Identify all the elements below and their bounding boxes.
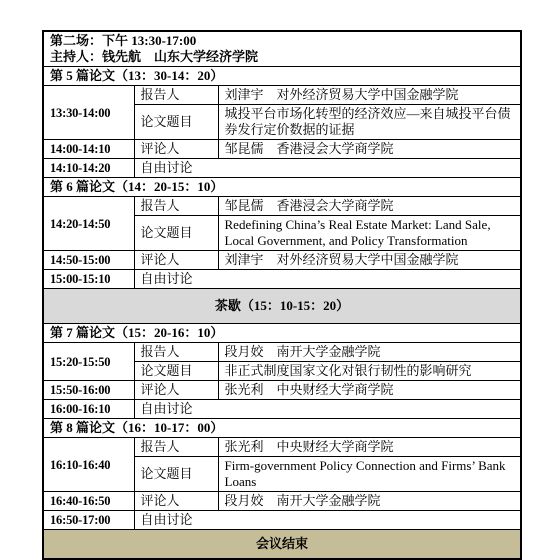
- discussant-label: 评论人: [134, 381, 218, 400]
- section-5-paper-title: 城投平台市场化转型的经济效应—来自城投平台债券发行定价数据的证据: [218, 105, 521, 140]
- tea-break-cell: 茶歇（15：10-15：20）: [43, 289, 521, 324]
- section-heading-row: 第 8 篇论文（16：10-17：00）: [43, 419, 521, 438]
- section-heading-row: 第 7 篇论文（15：20-16：10）: [43, 324, 521, 343]
- table-row: 14:10-14:20 自由讨论: [43, 159, 521, 178]
- free-discussion-label: 自由讨论: [134, 270, 521, 289]
- tea-break-row: 茶歇（15：10-15：20）: [43, 289, 521, 324]
- section-heading-row: 第 5 篇论文（13：30-14：20）: [43, 67, 521, 86]
- free-discussion-label: 自由讨论: [134, 159, 521, 178]
- section-6-heading: 第 6 篇论文（14：20-15：10）: [43, 178, 521, 197]
- section-8-discussant: 段月姣 南开大学金融学院: [218, 492, 521, 511]
- table-row: 13:30-14:00 报告人 刘津宇 对外经济贸易大学中国金融学院: [43, 86, 521, 105]
- section-5-present-time: 13:30-14:00: [43, 86, 134, 140]
- section-8-comment-time: 16:40-16:50: [43, 492, 134, 511]
- table-row: 14:20-14:50 报告人 邹昆儒 香港浸会大学商学院: [43, 197, 521, 216]
- section-5-comment-time: 14:00-14:10: [43, 140, 134, 159]
- table-row: 16:00-16:10 自由讨论: [43, 400, 521, 419]
- closing-cell: 会议结束: [43, 530, 521, 560]
- discussant-label: 评论人: [134, 492, 218, 511]
- free-discussion-label: 自由讨论: [134, 511, 521, 530]
- section-6-discussant: 刘津宇 对外经济贸易大学中国金融学院: [218, 251, 521, 270]
- table-row: 16:40-16:50 评论人 段月姣 南开大学金融学院: [43, 492, 521, 511]
- document-page: 第二场：下午 13:30-17:00 主持人：钱先航 山东大学经济学院 第 5 …: [42, 30, 522, 560]
- table-row: 15:20-15:50 报告人 段月姣 南开大学金融学院: [43, 343, 521, 362]
- presenter-label: 报告人: [134, 438, 218, 457]
- section-7-heading: 第 7 篇论文（15：20-16：10）: [43, 324, 521, 343]
- section-5-heading: 第 5 篇论文（13：30-14：20）: [43, 67, 521, 86]
- session-title: 第二场：下午 13:30-17:00: [50, 33, 514, 49]
- section-7-paper-title: 非正式制度国家文化对银行韧性的影响研究: [218, 362, 521, 381]
- presenter-label: 报告人: [134, 197, 218, 216]
- paper-title-label: 论文题目: [134, 362, 218, 381]
- section-7-comment-time: 15:50-16:00: [43, 381, 134, 400]
- section-5-discussion-time: 14:10-14:20: [43, 159, 134, 178]
- section-6-presenter: 邹昆儒 香港浸会大学商学院: [218, 197, 521, 216]
- paper-title-label: 论文题目: [134, 105, 218, 140]
- discussant-label: 评论人: [134, 140, 218, 159]
- paper-title-label: 论文题目: [134, 457, 218, 492]
- section-7-discussant: 张光利 中央财经大学商学院: [218, 381, 521, 400]
- table-row: 14:50-15:00 评论人 刘津宇 对外经济贸易大学中国金融学院: [43, 251, 521, 270]
- free-discussion-label: 自由讨论: [134, 400, 521, 419]
- table-row: 14:00-14:10 评论人 邹昆儒 香港浸会大学商学院: [43, 140, 521, 159]
- section-6-discussion-time: 15:00-15:10: [43, 270, 134, 289]
- session-header-row: 第二场：下午 13:30-17:00 主持人：钱先航 山东大学经济学院: [43, 31, 521, 67]
- table-row: 15:50-16:00 评论人 张光利 中央财经大学商学院: [43, 381, 521, 400]
- section-7-present-time: 15:20-15:50: [43, 343, 134, 381]
- section-7-presenter: 段月姣 南开大学金融学院: [218, 343, 521, 362]
- section-8-heading: 第 8 篇论文（16：10-17：00）: [43, 419, 521, 438]
- presenter-label: 报告人: [134, 86, 218, 105]
- session-header-cell: 第二场：下午 13:30-17:00 主持人：钱先航 山东大学经济学院: [43, 31, 521, 67]
- section-7-discussion-time: 16:00-16:10: [43, 400, 134, 419]
- presenter-label: 报告人: [134, 343, 218, 362]
- section-6-present-time: 14:20-14:50: [43, 197, 134, 251]
- discussant-label: 评论人: [134, 251, 218, 270]
- table-row: 16:10-16:40 报告人 张光利 中央财经大学商学院: [43, 438, 521, 457]
- section-8-present-time: 16:10-16:40: [43, 438, 134, 492]
- closing-row: 会议结束: [43, 530, 521, 560]
- section-5-presenter: 刘津宇 对外经济贸易大学中国金融学院: [218, 86, 521, 105]
- session-host: 主持人：钱先航 山东大学经济学院: [50, 49, 514, 65]
- section-8-paper-title: Firm-government Policy Connection and Fi…: [218, 457, 521, 492]
- section-5-discussant: 邹昆儒 香港浸会大学商学院: [218, 140, 521, 159]
- section-8-presenter: 张光利 中央财经大学商学院: [218, 438, 521, 457]
- paper-title-label: 论文题目: [134, 216, 218, 251]
- section-6-comment-time: 14:50-15:00: [43, 251, 134, 270]
- section-heading-row: 第 6 篇论文（14：20-15：10）: [43, 178, 521, 197]
- section-8-discussion-time: 16:50-17:00: [43, 511, 134, 530]
- table-row: 15:00-15:10 自由讨论: [43, 270, 521, 289]
- table-row: 16:50-17:00 自由讨论: [43, 511, 521, 530]
- conference-schedule-table: 第二场：下午 13:30-17:00 主持人：钱先航 山东大学经济学院 第 5 …: [42, 30, 522, 560]
- section-6-paper-title: Redefining China’s Real Estate Market: L…: [218, 216, 521, 251]
